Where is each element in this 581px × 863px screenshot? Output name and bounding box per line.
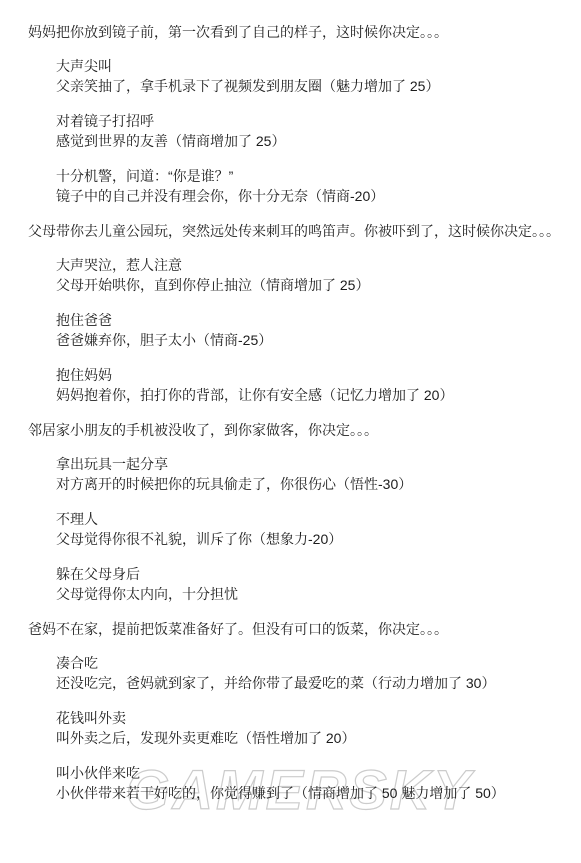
choice-list: 大声哭泣，惹人注意 父母开始哄你，直到你停止抽泣（情商增加了 25） 抱住爸爸 … — [28, 255, 571, 405]
scenario-meal: 爸妈不在家，提前把饭菜准备好了。但没有可口的饭菜，你决定。。。 凑合吃 还没吃完… — [28, 619, 571, 803]
choice-outcome: 爸爸嫌弃你，胆子太小（情商-25） — [56, 330, 571, 350]
choice-list: 凑合吃 还没吃完，爸妈就到家了，并给你带了最爱吃的菜（行动力增加了 30） 花钱… — [28, 653, 571, 803]
choice-outcome: 叫外卖之后，发现外卖更难吃（悟性增加了 20） — [56, 728, 571, 748]
choice-list: 拿出玩具一起分享 对方离开的时候把你的玩具偷走了，你很伤心（悟性-30） 不理人… — [28, 454, 571, 604]
scenario-prompt: 邻居家小朋友的手机被没收了，到你家做客，你决定。。。 — [28, 420, 571, 440]
choice-label: 抱住爸爸 — [56, 310, 571, 330]
choice-label: 躲在父母身后 — [56, 564, 571, 584]
choice-outcome: 小伙伴带来若干好吃的，你觉得赚到了（情商增加了 50 魅力增加了 50） — [56, 783, 571, 803]
choice-block: 大声尖叫 父亲笑抽了，拿手机录下了视频发到朋友圈（魅力增加了 25） — [56, 56, 571, 96]
scenario-neighbor-visit: 邻居家小朋友的手机被没收了，到你家做客，你决定。。。 拿出玩具一起分享 对方离开… — [28, 420, 571, 604]
choice-block: 花钱叫外卖 叫外卖之后，发现外卖更难吃（悟性增加了 20） — [56, 708, 571, 748]
choice-outcome: 父母开始哄你，直到你停止抽泣（情商增加了 25） — [56, 275, 571, 295]
choice-block: 凑合吃 还没吃完，爸妈就到家了，并给你带了最爱吃的菜（行动力增加了 30） — [56, 653, 571, 693]
choice-block: 叫小伙伴来吃 小伙伴带来若干好吃的，你觉得赚到了（情商增加了 50 魅力增加了 … — [56, 763, 571, 803]
choice-block: 大声哭泣，惹人注意 父母开始哄你，直到你停止抽泣（情商增加了 25） — [56, 255, 571, 295]
choice-label: 十分机警，问道：“你是谁？” — [56, 166, 571, 186]
choice-label: 凑合吃 — [56, 653, 571, 673]
scenario-prompt: 父母带你去儿童公园玩，突然远处传来刺耳的鸣笛声。你被吓到了，这时候你决定。。。 — [28, 221, 571, 241]
choice-block: 十分机警，问道：“你是谁？” 镜子中的自己并没有理会你，你十分无奈（情商-20） — [56, 166, 571, 206]
choice-outcome: 父母觉得你太内向，十分担忧 — [56, 584, 571, 604]
choice-block: 不理人 父母觉得你很不礼貌，训斥了你（想象力-20） — [56, 509, 571, 549]
choice-block: 拿出玩具一起分享 对方离开的时候把你的玩具偷走了，你很伤心（悟性-30） — [56, 454, 571, 494]
choice-label: 叫小伙伴来吃 — [56, 763, 571, 783]
scenario-park: 父母带你去儿童公园玩，突然远处传来刺耳的鸣笛声。你被吓到了，这时候你决定。。。 … — [28, 221, 571, 405]
choice-block: 抱住妈妈 妈妈抱着你，拍打你的背部，让你有安全感（记忆力增加了 20） — [56, 365, 571, 405]
choice-outcome: 父母觉得你很不礼貌，训斥了你（想象力-20） — [56, 529, 571, 549]
choice-outcome: 镜子中的自己并没有理会你，你十分无奈（情商-20） — [56, 186, 571, 206]
guide-page: GAMERSKY 妈妈把你放到镜子前，第一次看到了自己的样子，这时候你决定。。。… — [0, 0, 581, 863]
choice-label: 拿出玩具一起分享 — [56, 454, 571, 474]
scenario-mirror: 妈妈把你放到镜子前，第一次看到了自己的样子，这时候你决定。。。 大声尖叫 父亲笑… — [28, 22, 571, 206]
choice-label: 大声哭泣，惹人注意 — [56, 255, 571, 275]
choice-block: 对着镜子打招呼 感觉到世界的友善（情商增加了 25） — [56, 111, 571, 151]
guide-content: 妈妈把你放到镜子前，第一次看到了自己的样子，这时候你决定。。。 大声尖叫 父亲笑… — [0, 0, 581, 803]
scenario-prompt: 妈妈把你放到镜子前，第一次看到了自己的样子，这时候你决定。。。 — [28, 22, 571, 42]
choice-outcome: 妈妈抱着你，拍打你的背部，让你有安全感（记忆力增加了 20） — [56, 385, 571, 405]
choice-list: 大声尖叫 父亲笑抽了，拿手机录下了视频发到朋友圈（魅力增加了 25） 对着镜子打… — [28, 56, 571, 206]
choice-label: 花钱叫外卖 — [56, 708, 571, 728]
choice-outcome: 感觉到世界的友善（情商增加了 25） — [56, 131, 571, 151]
choice-outcome: 还没吃完，爸妈就到家了，并给你带了最爱吃的菜（行动力增加了 30） — [56, 673, 571, 693]
choice-outcome: 对方离开的时候把你的玩具偷走了，你很伤心（悟性-30） — [56, 474, 571, 494]
scenario-prompt: 爸妈不在家，提前把饭菜准备好了。但没有可口的饭菜，你决定。。。 — [28, 619, 571, 639]
choice-block: 抱住爸爸 爸爸嫌弃你，胆子太小（情商-25） — [56, 310, 571, 350]
choice-label: 抱住妈妈 — [56, 365, 571, 385]
choice-label: 大声尖叫 — [56, 56, 571, 76]
choice-block: 躲在父母身后 父母觉得你太内向，十分担忧 — [56, 564, 571, 604]
choice-outcome: 父亲笑抽了，拿手机录下了视频发到朋友圈（魅力增加了 25） — [56, 76, 571, 96]
choice-label: 不理人 — [56, 509, 571, 529]
choice-label: 对着镜子打招呼 — [56, 111, 571, 131]
